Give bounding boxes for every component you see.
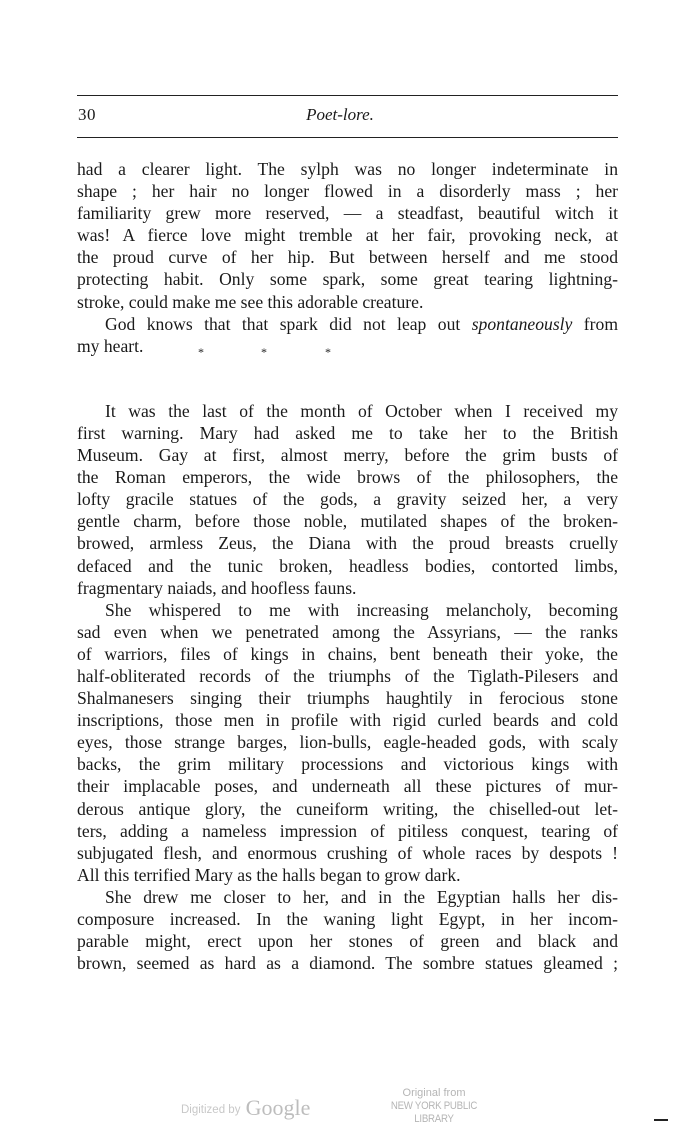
text-line: lofty gracile statues of the gods, a gra… — [77, 488, 618, 510]
asterisk-icon: * — [261, 346, 267, 358]
text-line: Shalmanesers singing their triumphs haug… — [77, 687, 618, 709]
header-rule-top — [77, 95, 618, 96]
text-line: parable might, erect upon her stones of … — [77, 930, 618, 952]
google-logo-text: Google — [246, 1095, 311, 1120]
asterisk-icon: * — [325, 346, 331, 358]
text-line: the Roman emperors, the wide brows of th… — [77, 466, 618, 488]
text-line: their implacable poses, and underneath a… — [77, 775, 618, 797]
text-line: had a clearer light. The sylph was no lo… — [77, 158, 618, 180]
text-run: God knows that that spark did not leap o… — [105, 314, 472, 334]
text-line: She whispered to me with increasing mela… — [77, 599, 618, 621]
running-title: Poet-lore. — [0, 105, 680, 125]
text-line: first warning. Mary had asked me to take… — [77, 422, 618, 444]
text-line: eyes, those strange barges, lion-bulls, … — [77, 731, 618, 753]
text-line: backs, the grim military processions and… — [77, 753, 618, 775]
text-line: browed, armless Zeus, the Diana with the… — [77, 532, 618, 554]
text-line: stroke, could make me see this adorable … — [77, 291, 618, 313]
text-line: my heart. — [77, 335, 618, 357]
library-name: NEW YORK PUBLIC LIBRARY — [377, 1100, 491, 1123]
text-line: gentle charm, before those noble, mutila… — [77, 510, 618, 532]
original-from-watermark: Original from NEW YORK PUBLIC LIBRARY — [369, 1087, 499, 1123]
body-text: had a clearer light. The sylph was no lo… — [77, 158, 618, 974]
header-rule-bottom — [77, 137, 618, 138]
text-line: half-obliterated records of the triumphs… — [77, 665, 618, 687]
section-2: It was the last of the month of October … — [77, 400, 618, 974]
text-line: familiarity grew more reserved, — a stea… — [77, 202, 618, 224]
paragraph-1: had a clearer light. The sylph was no lo… — [77, 158, 618, 313]
original-from-label: Original from — [369, 1087, 499, 1100]
text-line: She drew me closer to her, and in the Eg… — [77, 886, 618, 908]
text-line: shape ; her hair no longer flowed in a d… — [77, 180, 618, 202]
asterisk-icon: * — [198, 346, 204, 358]
text-line: inscriptions, those men in profile with … — [77, 709, 618, 731]
text-line: was! A fierce love might tremble at her … — [77, 224, 618, 246]
emphasis-text: spontaneously — [472, 314, 573, 334]
text-line: subjugated flesh, and enormous crushing … — [77, 842, 618, 864]
text-line: defaced and the tunic broken, headless b… — [77, 555, 618, 577]
digitized-by-watermark: Digitized by Google — [181, 1095, 310, 1121]
text-line: fragmentary naiads, and hoofless fauns. — [77, 577, 618, 599]
text-line: All this terrified Mary as the halls beg… — [77, 864, 618, 886]
text-line: composure increased. In the waning light… — [77, 908, 618, 930]
section-break-gap — [77, 357, 618, 400]
text-run: from — [572, 314, 618, 334]
text-line: protecting habit. Only some spark, some … — [77, 268, 618, 290]
text-line: It was the last of the month of October … — [77, 400, 618, 422]
text-line: of warriors, files of kings in chains, b… — [77, 643, 618, 665]
text-line: sad even when we penetrated among the As… — [77, 621, 618, 643]
text-line: ters, adding a nameless impression of pi… — [77, 820, 618, 842]
text-line: brown, seemed as hard as a diamond. The … — [77, 952, 618, 974]
paragraph-2: God knows that that spark did not leap o… — [77, 313, 618, 357]
text-line: derous antique glory, the cuneiform writ… — [77, 798, 618, 820]
digitization-footer: Digitized by Google Original from NEW YO… — [0, 1087, 680, 1123]
text-line: the proud curve of her hip. But between … — [77, 246, 618, 268]
digitized-by-label: Digitized by — [181, 1104, 240, 1116]
text-line: God knows that that spark did not leap o… — [77, 313, 618, 335]
scan-mark — [654, 1119, 668, 1121]
text-line: Museum. Gay at first, almost merry, befo… — [77, 444, 618, 466]
